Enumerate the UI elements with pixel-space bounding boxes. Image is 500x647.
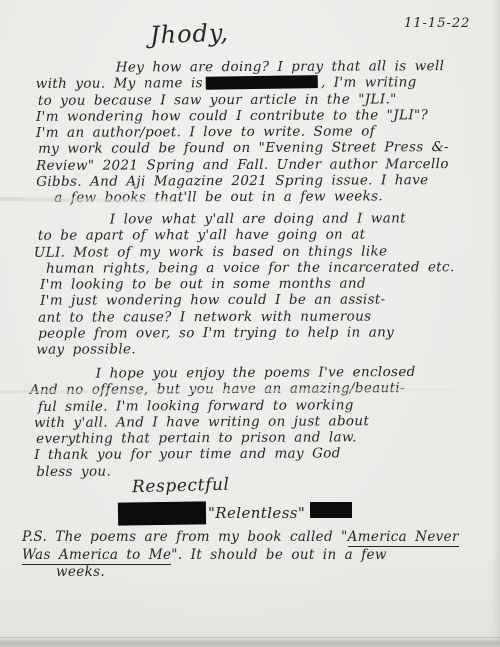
handwritten-line: I'm wondering how could I contribute to … bbox=[36, 107, 449, 125]
handwritten-line: to you because I saw your article in the… bbox=[38, 91, 449, 109]
handwritten-line: everything that pertain to prison and la… bbox=[36, 429, 416, 447]
book-title-underlined: Was America to Me bbox=[22, 547, 171, 565]
handwritten-line: my work could be found on "Evening Stree… bbox=[38, 139, 449, 157]
handwritten-line: with y'all. And I have writing on just a… bbox=[34, 413, 416, 431]
closing-respectful: Respectful bbox=[132, 475, 230, 498]
paragraph-3: I hope you enjoy the poems I've enclosed… bbox=[30, 364, 416, 480]
handwritten-line: I hope you enjoy the poems I've enclosed bbox=[96, 364, 416, 382]
handwritten-line: human rights, being a voice for the inca… bbox=[46, 259, 455, 277]
redaction-box-name bbox=[206, 75, 318, 90]
greeting: Jhody, bbox=[150, 19, 230, 50]
line-segment: , I'm writing bbox=[321, 74, 417, 90]
handwritten-line: weeks. bbox=[56, 564, 459, 582]
signature-row: "Relentless" bbox=[118, 499, 352, 527]
paragraph-2: I love what y'all are doing and I want t… bbox=[34, 210, 455, 358]
handwritten-line: way possible. bbox=[36, 340, 455, 358]
handwritten-line: a few books that'll be out in a few week… bbox=[54, 188, 449, 206]
signature-alias: "Relentless" bbox=[208, 504, 305, 522]
scan-edge-shadow bbox=[0, 638, 500, 647]
handwritten-line: P.S. The poems are from my book called "… bbox=[22, 529, 459, 547]
handwritten-line: people from over, so I'm trying to help … bbox=[38, 324, 455, 342]
book-title-underlined: America Never bbox=[348, 529, 459, 547]
redaction-box-signature-suffix bbox=[310, 502, 352, 518]
handwritten-line: ful smile. I'm looking forward to workin… bbox=[38, 396, 416, 414]
handwritten-line: I love what y'all are doing and I want bbox=[110, 210, 455, 227]
line-segment: P.S. The poems are from my book called " bbox=[22, 529, 348, 545]
handwritten-line: ant to the cause? I network with numerou… bbox=[38, 308, 455, 326]
handwritten-line: Hey how are doing? I pray that all is we… bbox=[116, 58, 449, 76]
handwritten-line: to be apart of what y'all have going on … bbox=[38, 227, 455, 245]
handwritten-line: I'm an author/poet. I love to write. Som… bbox=[36, 123, 449, 141]
letter-date: 11-15-22 bbox=[404, 16, 470, 31]
handwritten-line: I'm looking to be out in some months and bbox=[40, 275, 455, 293]
handwritten-line: Was America to Me". It should be out in … bbox=[22, 547, 459, 565]
line-segment: with you. My name is bbox=[36, 75, 203, 92]
postscript: P.S. The poems are from my book called "… bbox=[22, 529, 459, 582]
handwritten-line: with you. My name is, I'm writing bbox=[36, 74, 449, 92]
redaction-box-signature-name bbox=[118, 501, 206, 525]
handwritten-line: I'm just wondering how could I be an ass… bbox=[40, 292, 455, 310]
line-segment: ". It should be out in a few bbox=[171, 547, 386, 563]
letter-page: 11-15-22 Jhody, Hey how are doing? I pra… bbox=[0, 0, 500, 647]
scan-edge-shadow bbox=[491, 0, 500, 647]
handwritten-line: Gibbs. And Aji Magazine 2021 Spring issu… bbox=[36, 172, 449, 190]
handwritten-line: Review" 2021 Spring and Fall. Under auth… bbox=[36, 156, 449, 174]
handwritten-line: ULI. Most of my work is based on things … bbox=[34, 243, 455, 261]
handwritten-line: I thank you for your time and may God bbox=[34, 445, 416, 463]
paragraph-1: Hey how are doing? I pray that all is we… bbox=[36, 58, 449, 206]
